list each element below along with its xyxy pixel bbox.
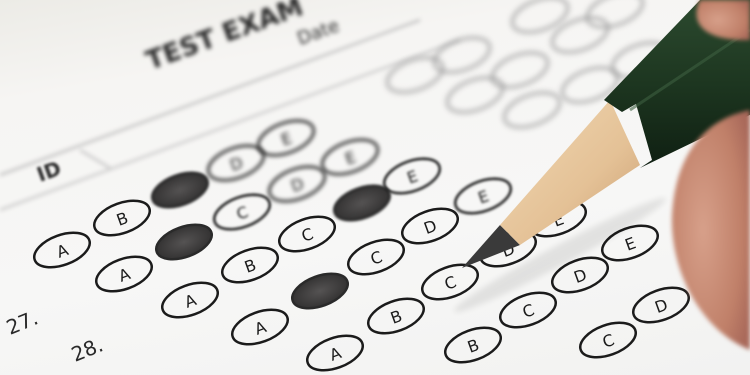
bubble-letter: B <box>114 208 131 230</box>
answer-bubble <box>500 86 565 134</box>
bubble-letter: B <box>242 255 259 277</box>
bubble-letter: D <box>227 153 245 175</box>
bubble-letter: A <box>327 343 344 365</box>
answer-sheet-photo: TEST EXAM Date ID 27. 28. AAAAABBBBCCCCC… <box>0 0 750 375</box>
answer-bubble <box>383 51 448 99</box>
answer-bubble: A <box>303 329 368 375</box>
answer-bubble: C <box>344 233 409 281</box>
bubble-letter: E <box>278 128 294 149</box>
answer-bubble: C <box>210 188 275 236</box>
answer-bubble: A <box>30 226 95 274</box>
answer-bubble: A <box>92 250 157 298</box>
answer-bubble: E <box>318 133 383 181</box>
bubble-letter: A <box>54 240 71 262</box>
answer-bubble <box>508 0 573 39</box>
bubble-letter: A <box>252 317 269 339</box>
bubble-letter: E <box>622 233 638 254</box>
answer-bubble: B <box>364 292 429 340</box>
answer-bubble: A <box>228 303 293 351</box>
answer-bubble: D <box>629 281 694 329</box>
question-number-27: 27. <box>3 305 41 339</box>
bubble-letter: E <box>342 147 358 168</box>
answer-bubble <box>430 31 495 79</box>
bubble-letter: B <box>465 335 482 357</box>
bubble-letter: E <box>475 186 491 207</box>
sheet-illustration: TEST EXAM Date ID 27. 28. AAAAABBBBCCCCC… <box>0 0 750 375</box>
sheet-title: TEST EXAM <box>142 0 307 77</box>
answer-bubble: C <box>576 316 641 364</box>
answer-bubble: A <box>158 276 223 324</box>
answer-bubble: B <box>218 241 283 289</box>
answer-bubble: D <box>265 160 330 208</box>
bubble-letter: C <box>368 247 385 269</box>
answer-bubble: C <box>275 210 340 258</box>
bubble-letter: C <box>234 202 251 224</box>
filled-bubble <box>288 267 353 315</box>
bubble-letter: C <box>600 330 617 352</box>
bubble-letter: A <box>116 264 133 286</box>
sheet-header: TEST EXAM Date <box>0 0 460 210</box>
answer-bubble: E <box>451 172 516 220</box>
question-number-28: 28. <box>68 332 106 366</box>
answer-bubble <box>548 11 613 59</box>
bubble-letter: E <box>404 166 420 187</box>
filled-bubble <box>148 166 213 214</box>
answer-bubble: B <box>441 321 506 369</box>
bubble-letter: C <box>520 300 537 322</box>
filled-bubble <box>152 218 217 266</box>
bubble-letter: D <box>571 265 589 287</box>
answer-bubble <box>443 71 508 119</box>
bubble-letter: C <box>299 224 316 246</box>
bubble-letter: D <box>421 216 439 238</box>
answer-bubble: B <box>90 194 155 242</box>
answer-bubble: D <box>398 202 463 250</box>
bubble-letter: C <box>442 272 459 294</box>
answer-bubble <box>488 46 553 94</box>
bubble-letter: A <box>182 290 199 312</box>
bubble-letter: D <box>288 174 306 196</box>
bubble-letter: D <box>652 295 670 317</box>
bubble-letter: B <box>388 306 405 328</box>
